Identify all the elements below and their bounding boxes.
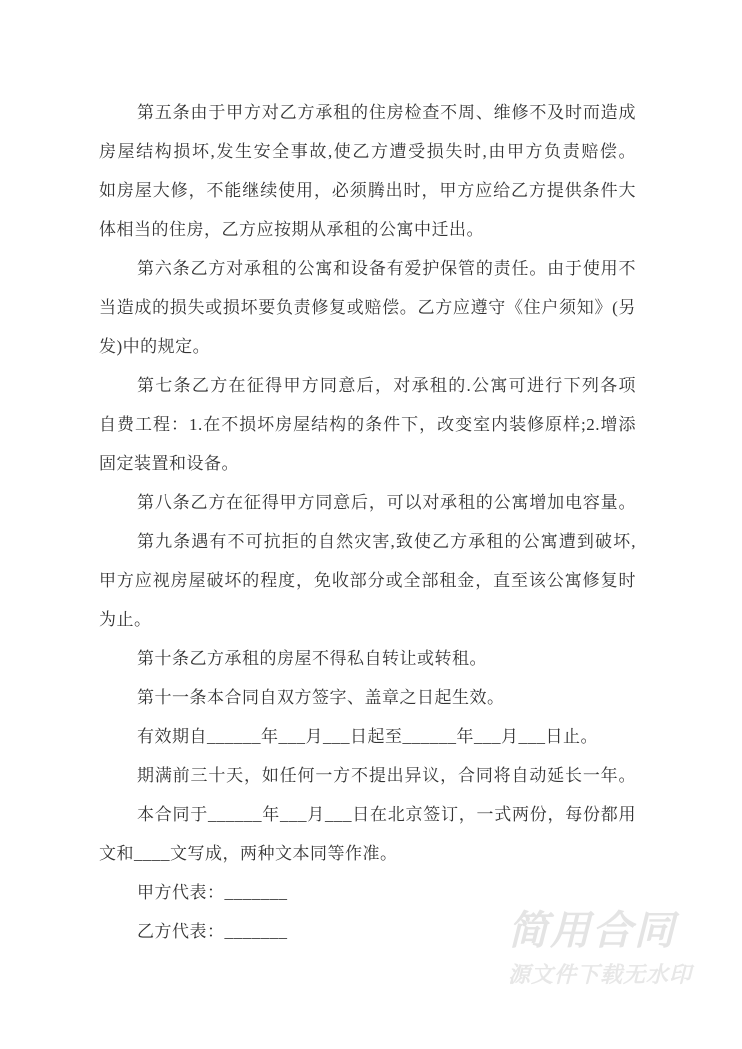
watermark: 简用合同 源文件下载无水印 [508,908,692,988]
contract-line: 甲方应视房屋破坏的程度，免收部分或全部租金，直至该公寓修复时 [99,561,636,600]
contract-body: 第五条由于甲方对乙方承租的住房检查不周、维修不及时而造成 房屋结构损坏,发生安全… [99,93,636,951]
contract-line: 第八条乙方在征得甲方同意后，可以对承租的公寓增加电容量。 [99,483,636,522]
contract-line: 本合同于______年___月___日在北京签订，一式两份，每份都用中 [99,795,636,834]
party-a-signature-line: 甲方代表：_______ [99,873,636,912]
contract-line: 为止。 [99,600,636,639]
contract-line: 第五条由于甲方对乙方承租的住房检查不周、维修不及时而造成 [99,93,636,132]
contract-line: 体相当的住房，乙方应按期从承租的公寓中迁出。 [99,210,636,249]
contract-line: 文和____文写成，两种文本同等作准。 [99,834,636,873]
contract-line: 第十一条本合同自双方签字、盖章之日起生效。 [99,678,636,717]
contract-line: 当造成的损失或损坏要负责修复或赔偿。乙方应遵守《住户须知》(另 [99,288,636,327]
watermark-subtitle: 源文件下载无水印 [508,962,692,988]
contract-line: 固定装置和设备。 [99,444,636,483]
contract-line: 有效期自______年___月___日起至______年___月___日止。 [99,717,636,756]
contract-line: 发)中的规定。 [99,327,636,366]
contract-line: 第九条遇有不可抗拒的自然灾害,致使乙方承租的公寓遭到破坏, [99,522,636,561]
contract-line: 房屋结构损坏,发生安全事故,使乙方遭受损失时,由甲方负责赔偿。 [99,132,636,171]
contract-line: 期满前三十天，如任何一方不提出异议，合同将自动延长一年。 [99,756,636,795]
contract-line: 第六条乙方对承租的公寓和设备有爱护保管的责任。由于使用不 [99,249,636,288]
contract-line: 如房屋大修，不能继续使用，必须腾出时，甲方应给乙方提供条件大 [99,171,636,210]
watermark-title: 简用合同 [508,908,692,954]
contract-line: 第七条乙方在征得甲方同意后，对承租的.公寓可进行下列各项 [99,366,636,405]
contract-page: 第五条由于甲方对乙方承租的住房检查不周、维修不及时而造成 房屋结构损坏,发生安全… [0,0,742,1049]
contract-line: 第十条乙方承租的房屋不得私自转让或转租。 [99,639,636,678]
contract-line: 自费工程：1.在不损坏房屋结构的条件下，改变室内装修原样;2.增添 [99,405,636,444]
